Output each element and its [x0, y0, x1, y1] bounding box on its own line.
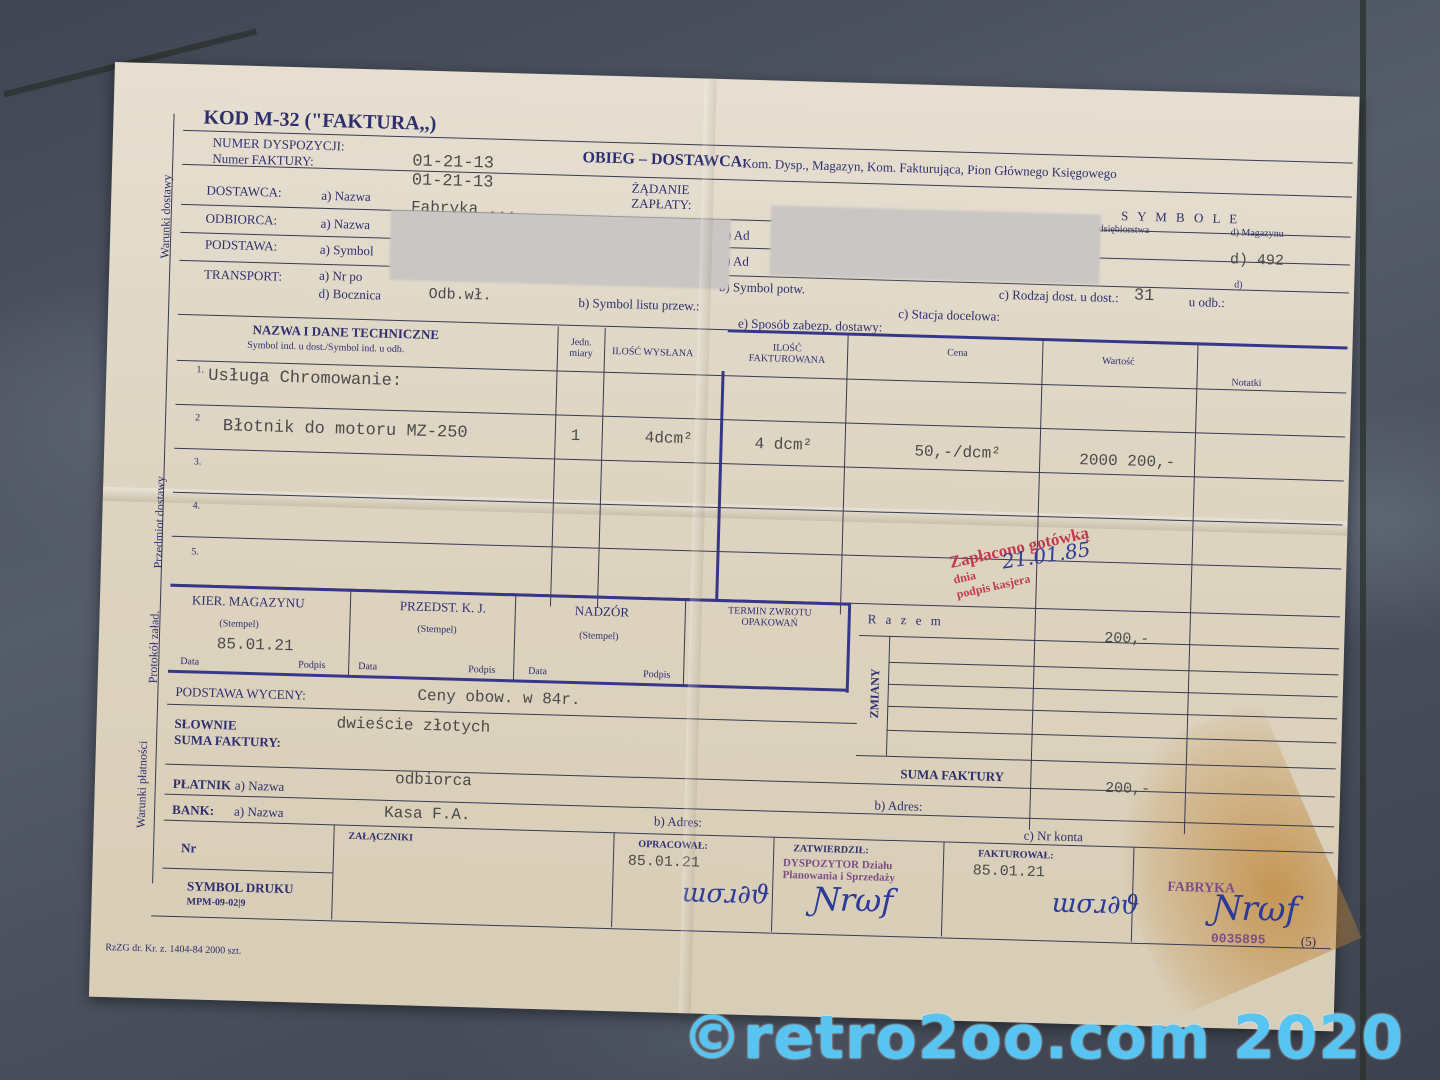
obieg-label: OBIEG – DOSTAWCA:	[582, 149, 748, 172]
data-label: Data	[180, 656, 199, 668]
redacted-area	[389, 210, 731, 289]
termin-zwrotu-label: TERMIN ZWROTU OPAKOWAŃ	[709, 605, 830, 630]
nr-konta-label: c) Nr konta	[1024, 828, 1084, 846]
zmiany-label: ZMIANY	[867, 668, 883, 718]
podpis-label: Podpis	[468, 664, 496, 676]
row-cena: 50,-/dcm²	[914, 442, 1001, 462]
nadzor-label: NADZÓR	[575, 603, 630, 621]
kier-magazynu-date: 85.01.21	[217, 635, 294, 655]
razem-label: R a z e m	[868, 611, 945, 629]
redacted-area	[769, 205, 1101, 284]
copy-number: (5)	[1301, 933, 1317, 949]
row-ilosc-wyslana: 4dcm²	[644, 429, 692, 448]
platnik-value: odbiorca	[395, 770, 472, 790]
odbiorca-nazwa-label: a) Nazwa	[320, 216, 370, 233]
transport-symbol-label: b) Symbol potw.	[719, 279, 806, 297]
obieg-value: Kom. Dysp., Magazyn, Kom. Fakturująca, P…	[742, 156, 1117, 182]
row-number: 2	[195, 412, 200, 423]
fabryka-signature: Ɲrωf	[1211, 888, 1298, 930]
suma-faktury-total-value: 200,-	[1105, 780, 1150, 798]
row-name: Usługa Chromowanie:	[208, 367, 402, 391]
bocznica-value: Odb.wł.	[428, 286, 491, 305]
bank-value: Kasa F.A.	[384, 804, 471, 824]
watermark: ©retro2oo.com 2020	[682, 1003, 1404, 1073]
data-label: Data	[528, 666, 547, 678]
table-row: 2 Błotnik do motoru MZ-250 1 4dcm² 4 dcm…	[115, 62, 1360, 97]
bocznica-label: d) Bocznica	[318, 286, 381, 304]
bank-label: BANK:	[172, 802, 214, 819]
stempel-label: (Stempel)	[219, 618, 259, 630]
pavement-seam	[1360, 0, 1366, 1080]
stempel-label: (Stempel)	[579, 630, 619, 642]
data-label: Data	[358, 661, 377, 673]
platnik-adres-label: b) Adres:	[874, 798, 922, 815]
col-jedn: Jedn. miary	[563, 337, 600, 360]
table-row: 1. Usługa Chromowanie:	[115, 62, 1360, 97]
print-info: RzZG dr. Kr. z. 1404-84 2000 szt.	[105, 942, 241, 957]
zatwierdzil-label: ZATWIERDZIŁ:	[793, 843, 869, 856]
odbiorca-label: ODBIORCA:	[205, 211, 277, 229]
numer-faktury-value: 01-21-13	[412, 171, 494, 192]
symbol-druku-value: MPM-09-02|9	[186, 896, 245, 909]
transport-label: TRANSPORT:	[204, 267, 282, 285]
platnik-label: PŁATNIK	[173, 776, 232, 794]
razem-value: 200,-	[1104, 630, 1149, 648]
suma-faktury-total-label: SUMA FAKTURY	[900, 766, 1004, 785]
serial-number: 0035895	[1211, 931, 1266, 948]
row-number: 4.	[192, 500, 200, 511]
rodzaj-dost-label: c) Rodzaj dost. u dost.:	[999, 287, 1119, 306]
col-wartosc: Wartość	[1102, 356, 1135, 368]
slownie-label: SŁOWNIE	[174, 716, 237, 734]
fakturowal-label: FAKTUROWAŁ:	[978, 848, 1054, 861]
stempel-label: (Stempel)	[417, 624, 457, 636]
symbole-d: d)	[1234, 279, 1243, 290]
stacja-docelowa-label: c) Stacja docelowa:	[898, 306, 1000, 325]
podpis-label: Podpis	[298, 659, 326, 671]
row-ilosc-fakturowana: 4 dcm²	[754, 435, 812, 455]
u-odb-label: u odb.:	[1188, 294, 1225, 311]
row-wartosc: 2000 200,-	[1079, 451, 1175, 472]
zatwierdzil-signature: Ɲrωf	[811, 880, 893, 920]
przedst-label: PRZEDST. K. J.	[400, 598, 486, 616]
kier-magazynu-label: KIER. MAGAZYNU	[192, 592, 305, 611]
side-label-warunki-platnosci: Warunki płatności	[134, 740, 151, 828]
rodzaj-dost-value: 31	[1134, 287, 1155, 307]
transport-nr-label: a) Nr po	[319, 268, 363, 285]
podstawa-wyceny-label: PODSTAWA WYCENY:	[175, 684, 306, 704]
platnik-nazwa-label: a) Nazwa	[235, 778, 285, 795]
podstawa-label: PODSTAWA:	[205, 237, 278, 255]
col-symbol: Symbol ind. u dost./Symbol ind. u odb.	[247, 340, 404, 355]
zalaczniki-label: ZAŁĄCZNIKI	[348, 831, 413, 844]
opracowal-date: 85.01.21	[628, 853, 700, 872]
dostawca-nazwa-label: a) Nazwa	[321, 188, 371, 205]
row-jedn: 1	[570, 427, 580, 445]
symbol-druku-label: SYMBOL DRUKU	[187, 878, 294, 897]
row-number: 1.	[196, 364, 204, 375]
symbol-listu-label: b) Symbol listu przew.:	[578, 295, 700, 314]
row-number: 3.	[194, 456, 202, 467]
bank-nazwa-label: a) Nazwa	[234, 804, 284, 821]
row-number: 5.	[191, 546, 199, 557]
nr-label: Nr	[181, 840, 197, 856]
col-cena: Cena	[947, 347, 968, 359]
row-name: Błotnik do motoru MZ-250	[223, 417, 468, 443]
col-ilosc-fakturowana: ILOŚĆ FAKTUROWANA	[737, 341, 838, 366]
symbole-magazynu: d) Magazynu	[1231, 227, 1284, 239]
symbole-magazynu-value: d) 492	[1230, 251, 1284, 270]
podpis-label: Podpis	[643, 669, 671, 681]
col-notatki: Notatki	[1231, 377, 1261, 389]
fakturowal-signature: ɯσɹ∂ϑ	[1051, 888, 1139, 920]
slownie-value: dwieście złotych	[336, 714, 490, 736]
invoice-document: Warunki dostawy Przedmiot dostawy Protok…	[89, 62, 1360, 1031]
opracowal-label: OPRACOWAŁ:	[638, 839, 708, 852]
dostawca-label: DOSTAWCA:	[206, 183, 282, 201]
col-ilosc-wyslana: ILOŚĆ WYSŁANA	[612, 346, 693, 359]
opracowal-signature: ɯσɹ∂ϑ	[682, 878, 770, 910]
podstawa-wyceny-value: Ceny obow. w 84r.	[417, 687, 581, 710]
podstawa-symbol-label: a) Symbol	[320, 242, 374, 259]
zaplaty-label: ZAPŁATY:	[631, 195, 692, 213]
bank-adres-label: b) Adres:	[654, 813, 702, 830]
suma-faktury-label: SUMA FAKTURY:	[174, 732, 281, 751]
stain	[1075, 699, 1362, 1017]
fakturowal-date: 85.01.21	[973, 862, 1045, 881]
side-label-przedmiot-dostawy: Przedmiot dostawy	[151, 476, 169, 569]
